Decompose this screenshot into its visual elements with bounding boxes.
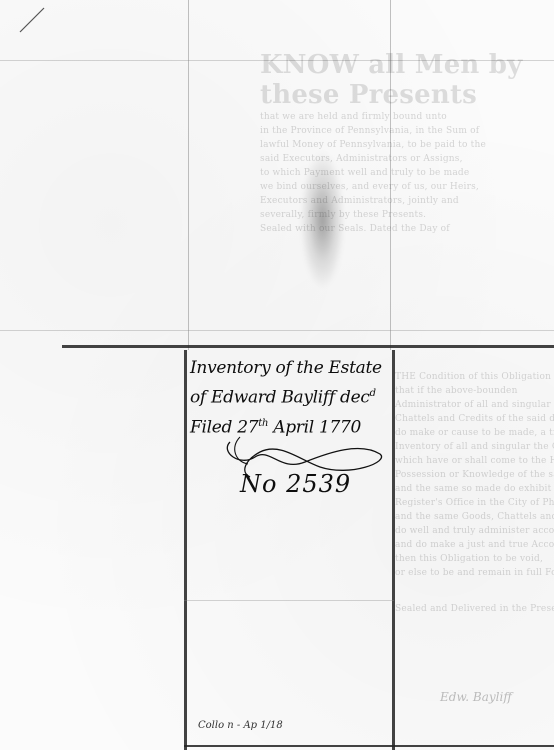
printed-line: Possession or Knowledge of the said: [395, 468, 554, 482]
printed-line: and the same Goods, Chattels and Credits: [395, 510, 554, 524]
printed-line: that if the above-bounden: [395, 384, 554, 398]
ink-smudge: [300, 150, 345, 290]
printed-line: which have or shall come to the Hands,: [395, 454, 554, 468]
printed-line: then this Obligation to be void,: [395, 552, 554, 566]
printed-form-lower: THE Condition of this Obligation is such…: [395, 370, 554, 616]
printed-line: do make or cause to be made, a true and …: [395, 426, 554, 440]
corner-mark: [18, 4, 48, 34]
docket-filed-sup: th: [258, 418, 268, 429]
printed-line: THE Condition of this Obligation is such…: [395, 370, 554, 384]
printed-line: or else to be and remain in full Force a…: [395, 566, 554, 580]
printed-line: that we are held and firmly bound unto: [260, 110, 554, 124]
docket-name-line: of Edward Bayliff decd: [190, 381, 395, 411]
document-page: KNOW all Men by these Presents that we a…: [0, 0, 554, 750]
printed-line: Inventory of all and singular the Goods,: [395, 440, 554, 454]
handwritten-docket: Inventory of the Estate of Edward Baylif…: [190, 355, 395, 440]
printed-sealed-label: Sealed and Delivered in the Presence of: [395, 602, 554, 616]
docket-top-rule: [62, 345, 554, 348]
docket-name-suffix: d: [370, 388, 376, 399]
docket-bottom-rule: [184, 745, 554, 747]
docket-mid-rule: [184, 600, 394, 601]
printed-line: and the same so made do exhibit into the: [395, 482, 554, 496]
printed-line: in the Province of Pennsylvania, in the …: [260, 124, 554, 138]
printed-line: Chattels and Credits of the said decease…: [395, 412, 554, 426]
faint-signature: Edw. Bayliff: [440, 690, 512, 704]
docket-title-line: Inventory of the Estate: [190, 355, 395, 381]
printed-line: do well and truly administer according t…: [395, 524, 554, 538]
printed-heading: KNOW all Men by these Presents: [260, 50, 554, 110]
docket-name: of Edward Bayliff dec: [190, 388, 370, 408]
printed-line: Administrator of all and singular the Go…: [395, 398, 554, 412]
printed-line: Register's Office in the City of Philade…: [395, 496, 554, 510]
docket-number: No 2539: [240, 470, 351, 498]
printed-line: and do make a just and true Account: [395, 538, 554, 552]
fold-line-left: [188, 0, 189, 350]
footnote-annotation: Collo n - Ap 1/18: [198, 720, 283, 731]
fold-line-upper-h2: [0, 330, 554, 331]
docket-left-rule: [184, 350, 187, 750]
